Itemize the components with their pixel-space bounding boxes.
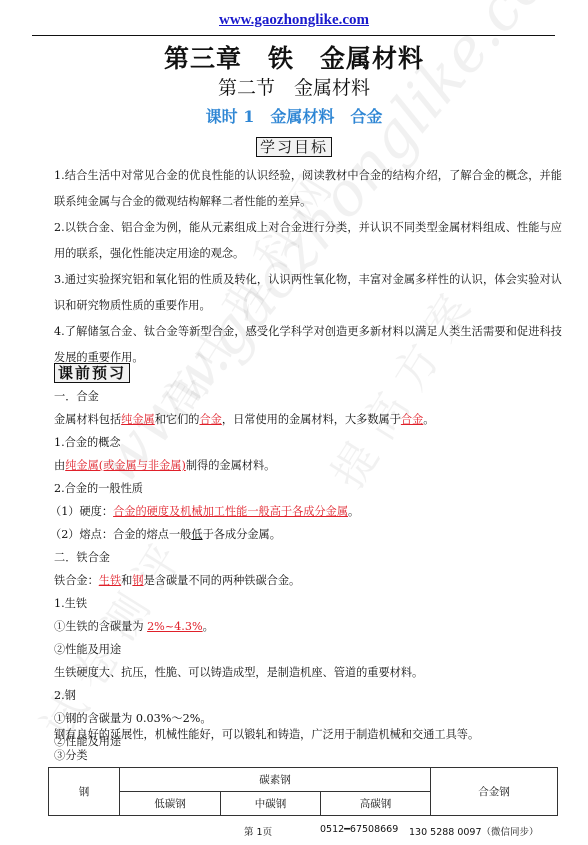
text: 铁合金： [54,574,99,587]
footer-phone: 0512━67508669 [320,824,398,835]
table-cell-mid-carbon: 中碳钢 [221,792,321,816]
text: （1）硬度： [50,505,113,518]
answer-blank: 低 [191,528,202,541]
answer-blank: 纯金属 [121,413,155,426]
objective-item: 2.以铁合金、铝合金为例，能从元素组成上对合金进行分类，并认识不同类型金属材料组… [54,215,562,267]
footer-mobile: 130 5288 0097（微信同步） [409,824,539,838]
page-number: 第 1页 [244,824,272,838]
subheading: 2.合金的一般性质 [54,482,143,496]
answer-blank: 纯金属(或金属与非金属) [65,459,186,472]
objective-item: 4.了解储氢合金、钛合金等新型合金，感受化学科学对创造更多新材料以满足人类生活需… [54,319,562,371]
text: （2）熔点：合金的熔点一般 [50,528,191,541]
objective-item: 3.通过实验探究铝和氧化铝的性质及转化，认识两性氧化物，丰富对金属多样性的认识，… [54,267,562,319]
objectives-label: 学习目标 [256,137,332,157]
text: 由 [54,459,65,472]
site-link[interactable]: www.gaozhonglike.com [0,12,588,29]
preview-label: 课前预习 [54,363,130,383]
alloy-concept: 由纯金属(或金属与非金属)制得的金属材料。 [54,459,275,473]
text: ①生铁的含碳量为 [54,620,147,633]
subheading: ②性能及用途 [54,643,121,657]
chapter-title: 第三章 铁 金属材料 [0,39,588,75]
table-cell-low-carbon: 低碳钢 [120,792,221,816]
steel-use-line: 钢有良好的延展性，机械性能好，可以锻轧和铸造，广泛用于制造机械和交通工具等。 [54,728,479,742]
answer-blank: 2%~4.3% [147,620,203,633]
header-divider [32,35,555,36]
iron-alloy-line: 铁合金：生铁和钢是含碳量不同的两种铁碳合金。 [54,574,300,588]
text: 金属材料包括 [54,413,121,426]
subheading: 1.合金的概念 [54,436,121,450]
alloy-intro: 金属材料包括纯金属和它们的合金，日常使用的金属材料，大多数属于合金。 [54,413,434,427]
text: 。 [423,413,434,426]
table-cell-steel: 钢 [49,768,120,816]
section-heading: 一．合金 [54,390,99,404]
subheading: 2.钢 [54,689,76,703]
text: 制得的金属材料。 [186,459,276,472]
objectives-label-wrap: 学习目标 [0,137,588,157]
section-title: 第二节 金属材料 [0,73,588,100]
answer-blank: 钢 [132,574,143,587]
steel-carbon-line: ①钢的含碳量为 0.03%～2%。 [54,712,212,726]
answer-blank: 合金的硬度及机械加工性能一般高于各成分金属 [113,505,348,518]
lesson-title: 课时 1 金属材料 合金 [0,104,588,127]
text: 是含碳量不同的两种铁碳合金。 [144,574,301,587]
subheading: ③分类 [54,749,88,763]
table-cell-carbon-steel: 碳素钢 [120,768,431,792]
text: 于各成分金属。 [203,528,281,541]
hardness-line: （1）硬度：合金的硬度及机械加工性能一般高于各成分金属。 [50,505,359,519]
preview-label-wrap: 课前预习 [54,363,130,383]
melting-line: （2）熔点：合金的熔点一般低于各成分金属。 [50,528,281,542]
text: 和 [121,574,132,587]
pig-carbon-line: ①生铁的含碳量为 2%~4.3%。 [54,620,214,634]
text: 和它们的 [155,413,200,426]
text: 。 [203,620,214,633]
objective-item: 1.结合生活中对常见合金的优良性能的认识经验，阅读教材中合金的结构介绍，了解合金… [54,163,562,215]
answer-blank: 合金 [199,413,221,426]
subheading: 1.生铁 [54,597,87,611]
text: ，日常使用的金属材料，大多数属于 [222,413,401,426]
answer-blank: 合金 [401,413,423,426]
text: 。 [348,505,359,518]
section-heading: 二．铁合金 [54,551,110,565]
table-cell-alloy-steel: 合金钢 [431,768,558,816]
pig-use-line: 生铁硬度大、抗压，性脆、可以铸造成型，是制造机座、管道的重要材料。 [54,666,423,680]
answer-blank: 生铁 [99,574,121,587]
steel-classification-table: 钢 碳素钢 合金钢 低碳钢 中碳钢 高碳钢 [48,767,558,816]
table-cell-high-carbon: 高碳钢 [321,792,431,816]
